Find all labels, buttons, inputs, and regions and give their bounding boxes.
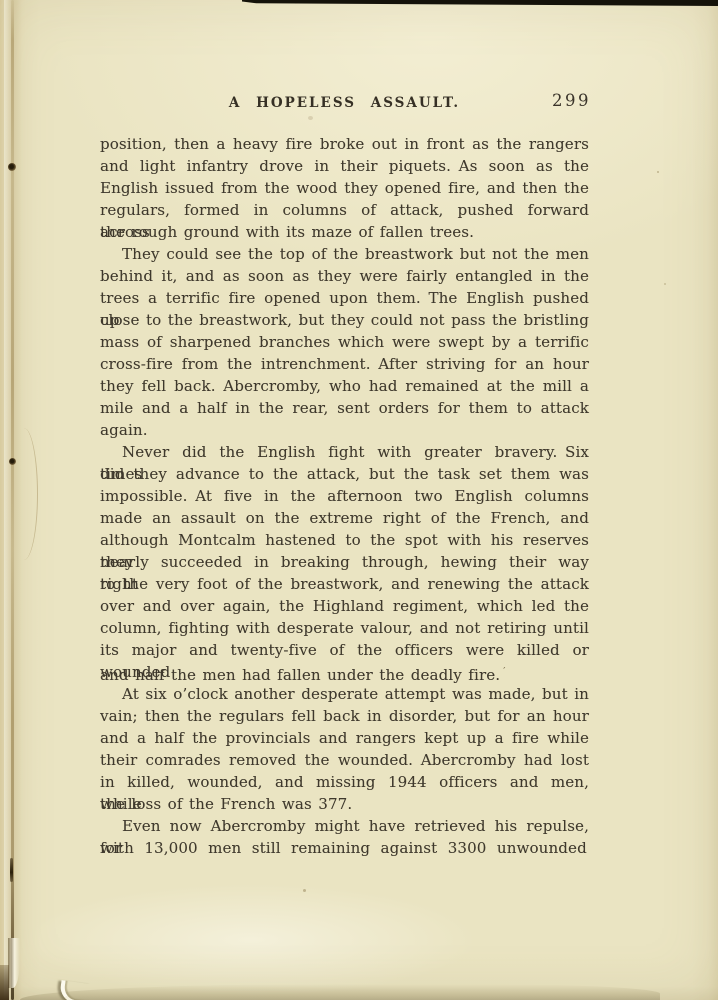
scan-edge-top	[242, 0, 718, 6]
wormhole-mark	[8, 163, 16, 171]
text-line: in killed, wounded, and missing 1944 off…	[100, 771, 589, 793]
paper-speck	[303, 889, 306, 892]
footnote-mark: ′	[503, 667, 505, 677]
text-line: behind it, and as soon as they were fair…	[100, 265, 589, 287]
book-page-scan: A HOPELESS ASSAULT. 299 position, then a…	[0, 0, 718, 1000]
text-line: they fell back. Abercromby, who had rema…	[100, 375, 589, 397]
running-header: A HOPELESS ASSAULT. 299	[100, 93, 589, 115]
text-line: its major and twenty-five of the officer…	[100, 639, 589, 661]
text-line: mile and a half in the rear, sent orders…	[100, 397, 589, 419]
text-line: mass of sharpened branches which were sw…	[100, 331, 589, 353]
page-edge-hook	[59, 980, 92, 1000]
bottom-page-stack-shade	[20, 984, 660, 1000]
paper-speck	[657, 171, 659, 173]
paper-speck	[664, 283, 666, 285]
text-line: Never did the English fight with greater…	[100, 441, 589, 463]
paragraph: Even now Abercromby might have retrieved…	[100, 815, 589, 859]
text-line: regulars, formed in columns of attack, p…	[100, 199, 589, 221]
hairline-scratch	[24, 428, 38, 560]
text-line: although Montcalm hastened to the spot w…	[100, 529, 589, 551]
bottom-left-torn-edge	[0, 965, 9, 1000]
text-line: They could see the top of the breastwork…	[100, 243, 589, 265]
paragraph: position, then a heavy fire broke out in…	[100, 133, 589, 243]
text-line: and half the men had fallen under the de…	[100, 661, 589, 683]
paragraph: They could see the top of the breastwork…	[100, 243, 589, 441]
text-line: to the very foot of the breastwork, and …	[100, 573, 589, 595]
text-line: the rough ground with its maze of fallen…	[100, 221, 589, 243]
running-header-title: A HOPELESS ASSAULT.	[100, 93, 589, 113]
text-line: over and over again, the Highland regime…	[100, 595, 589, 617]
text-line: impossible. At five in the afternoon two…	[100, 485, 589, 507]
text-line: position, then a heavy fire broke out in…	[100, 133, 589, 155]
wormhole-mark	[9, 458, 16, 465]
binding-crease	[11, 0, 14, 1000]
text-line: Even now Abercromby might have retrieved…	[100, 815, 589, 837]
text-line-part: and half the men had fallen under the de…	[100, 666, 500, 684]
paragraph: At six o’clock another desperate attempt…	[100, 683, 589, 815]
page-body-text: position, then a heavy fire broke out in…	[100, 133, 589, 859]
text-line: column, fighting with desperate valour, …	[100, 617, 589, 639]
text-line: and a half the provincials and rangers k…	[100, 727, 589, 749]
paper-speck	[308, 116, 313, 120]
text-line: nearly succeeded in breaking through, he…	[100, 551, 589, 573]
text-line: made an assault on the extreme right of …	[100, 507, 589, 529]
text-line: and light infantry drove in their piquet…	[100, 155, 589, 177]
text-line: English issued from the wood they opened…	[100, 177, 589, 199]
text-line: close to the breastwork, but they could …	[100, 309, 589, 331]
text-line: their comrades removed the wounded. Aber…	[100, 749, 589, 771]
page-number: 299	[552, 90, 591, 112]
text-line: again.	[100, 419, 589, 441]
text-line: the loss of the French was 377.	[100, 793, 589, 815]
crease-dark-dash	[10, 858, 13, 882]
text-line: vain; then the regulars fell back in dis…	[100, 705, 589, 727]
text-line: with 13,000 men still remaining against …	[100, 837, 589, 859]
text-line: did they advance to the attack, but the …	[100, 463, 589, 485]
text-line: At six o’clock another desperate attempt…	[100, 683, 589, 705]
text-line: cross-fire from the intrenchment. After …	[100, 353, 589, 375]
text-line: trees a terrific fire opened upon them. …	[100, 287, 589, 309]
paragraph: Never did the English fight with greater…	[100, 441, 589, 683]
